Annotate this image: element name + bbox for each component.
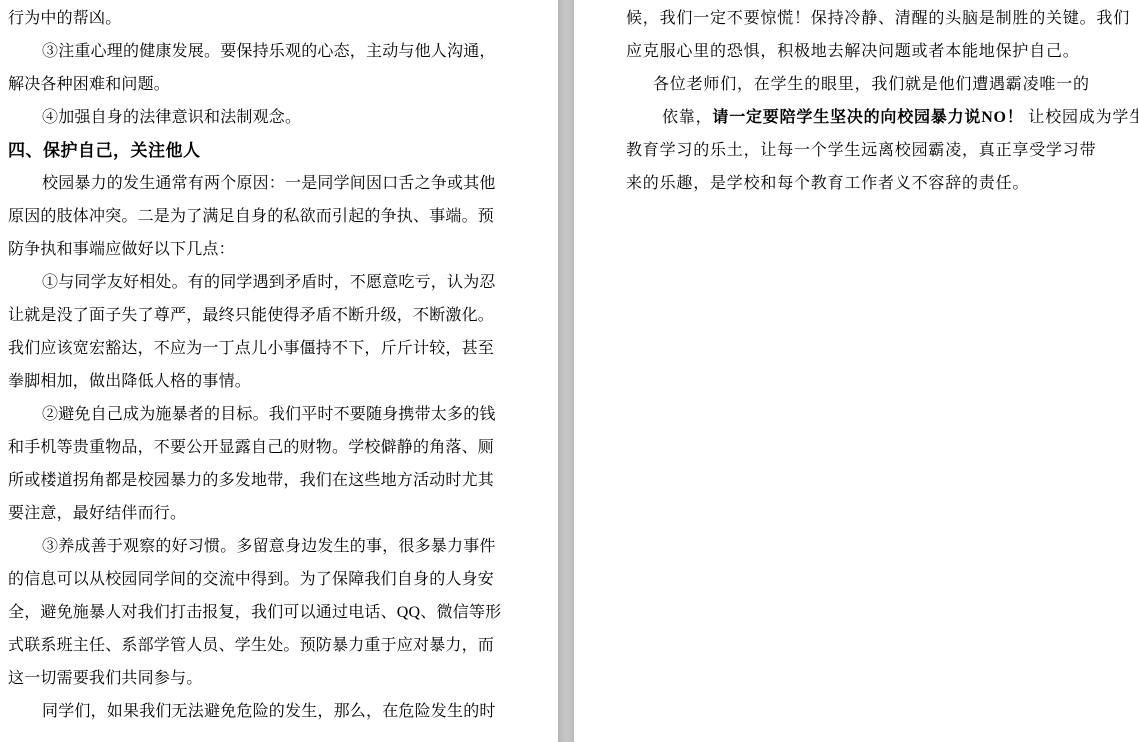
text-run: 候，我们一定不要惊慌！保持冷静、清醒的头脑是制胜的关键。我们: [626, 10, 1130, 27]
text-run: ③养成善于观察的好习惯。多留意身边发生的事，很多暴力事件: [42, 538, 496, 555]
section-heading: 四、保护自己，关注他人: [8, 134, 468, 167]
text-line: ②避免自己成为施暴者的目标。我们平时不要随身携带太多的钱: [8, 398, 468, 431]
text-line: 式联系班主任、系部学管人员、学生处。预防暴力重于应对暴力，而: [8, 629, 468, 662]
text-run: 让校园成为学生: [1024, 109, 1138, 126]
text-run: 教育学习的乐土，让每一个学生远离校园霸凌，真正享受学习带: [626, 142, 1096, 159]
text-line: 拳脚相加，做出降低人格的事情。: [8, 365, 468, 398]
text-line: 各位老师们，在学生的眼里，我们就是他们遭遇霸凌唯一的: [626, 68, 1136, 101]
text-run: ①与同学友好相处。有的同学遇到矛盾时，不愿意吃亏，认为忍: [42, 274, 496, 291]
text-run: 要注意，最好结伴而行。: [8, 505, 186, 522]
text-line: 所或楼道拐角都是校园暴力的多发地带，我们在这些地方活动时尤其: [8, 464, 468, 497]
text-run: 应克服心里的恐惧，积极地去解决问题或者本能地保护自己。: [626, 43, 1080, 60]
text-line: 校园暴力的发生通常有两个原因：一是同学间因口舌之争或其他: [8, 167, 468, 200]
text-line: 行为中的帮凶。: [8, 2, 468, 35]
text-line: 要注意，最好结伴而行。: [8, 497, 468, 530]
text-line: 的信息可以从校园同学间的交流中得到。为了保障我们自身的人身安: [8, 563, 468, 596]
text-run: 让就是没了面子失了尊严，最终只能使得矛盾不断升级，不断激化。: [8, 307, 494, 324]
text-run: 我们应该宽宏豁达，不应为一丁点儿小事僵持不下，斤斤计较，甚至: [8, 340, 494, 357]
right-page[interactable]: 候，我们一定不要惊慌！保持冷静、清醒的头脑是制胜的关键。我们应克服心里的恐惧，积…: [574, 0, 1138, 742]
text-run: 和手机等贵重物品，不要公开显露自己的财物。学校僻静的角落、厕: [8, 439, 494, 456]
text-run: ④加强自身的法律意识和法制观念。: [42, 109, 301, 126]
document-viewer: 行为中的帮凶。③注重心理的健康发展。要保持乐观的心态，主动与他人沟通，解决各种困…: [0, 0, 1138, 742]
text-run: 防争执和事端应做好以下几点：: [8, 241, 235, 258]
text-line: 让就是没了面子失了尊严，最终只能使得矛盾不断升级，不断激化。: [8, 299, 468, 332]
text-run: 来的乐趣，是学校和每个教育工作者义不容辞的责任。: [626, 175, 1029, 192]
text-line: 候，我们一定不要惊慌！保持冷静、清醒的头脑是制胜的关键。我们: [626, 2, 1136, 35]
left-page-text-column: 行为中的帮凶。③注重心理的健康发展。要保持乐观的心态，主动与他人沟通，解决各种困…: [8, 2, 468, 728]
left-page[interactable]: 行为中的帮凶。③注重心理的健康发展。要保持乐观的心态，主动与他人沟通，解决各种困…: [0, 0, 558, 742]
text-line: 这一切需要我们共同参与。: [8, 662, 468, 695]
text-run: 式联系班主任、系部学管人员、学生处。预防暴力重于应对暴力，而: [8, 637, 494, 654]
text-run: ②避免自己成为施暴者的目标。我们平时不要随身携带太多的钱: [42, 406, 496, 423]
text-line: 解决各种困难和问题。: [8, 68, 468, 101]
text-run: 所或楼道拐角都是校园暴力的多发地带，我们在这些地方活动时尤其: [8, 472, 494, 489]
text-run: 行为中的帮凶。: [8, 10, 121, 27]
text-run: 拳脚相加，做出降低人格的事情。: [8, 373, 251, 390]
text-run: ③注重心理的健康发展。要保持乐观的心态，主动与他人沟通，: [42, 43, 496, 60]
text-run: 依靠，: [662, 109, 712, 126]
text-line: 原因的肢体冲突。二是为了满足自身的私欲而引起的争执、事端。预: [8, 200, 468, 233]
text-line: 应克服心里的恐惧，积极地去解决问题或者本能地保护自己。: [626, 35, 1136, 68]
text-run: 这一切需要我们共同参与。: [8, 670, 202, 687]
bold-text-run: 请一定要陪学生坚决的向校园暴力说NO！: [712, 109, 1023, 126]
text-run: 各位老师们，在学生的眼里，我们就是他们遭遇霸凌唯一的: [653, 76, 1090, 93]
text-run: 同学们，如果我们无法避免危险的发生，那么，在危险发生的时: [42, 703, 496, 720]
text-line: 依靠，请一定要陪学生坚决的向校园暴力说NO！ 让校园成为学生: [626, 101, 1136, 134]
text-run: 四、保护自己，关注他人: [8, 141, 201, 160]
text-run: 解决各种困难和问题。: [8, 76, 170, 93]
text-run: 全，避免施暴人对我们打击报复，我们可以通过电话、QQ、微信等形: [8, 604, 501, 621]
text-line: 同学们，如果我们无法避免危险的发生，那么，在危险发生的时: [8, 695, 468, 728]
text-line: 防争执和事端应做好以下几点：: [8, 233, 468, 266]
text-line: 教育学习的乐土，让每一个学生远离校园霸凌，真正享受学习带: [626, 134, 1136, 167]
text-line: 和手机等贵重物品，不要公开显露自己的财物。学校僻静的角落、厕: [8, 431, 468, 464]
text-line: ①与同学友好相处。有的同学遇到矛盾时，不愿意吃亏，认为忍: [8, 266, 468, 299]
text-run: 校园暴力的发生通常有两个原因：一是同学间因口舌之争或其他: [42, 175, 496, 192]
text-line: ④加强自身的法律意识和法制观念。: [8, 101, 468, 134]
text-line: 全，避免施暴人对我们打击报复，我们可以通过电话、QQ、微信等形: [8, 596, 468, 629]
page-gap-divider: [558, 0, 574, 742]
text-line: ③注重心理的健康发展。要保持乐观的心态，主动与他人沟通，: [8, 35, 468, 68]
text-line: ③养成善于观察的好习惯。多留意身边发生的事，很多暴力事件: [8, 530, 468, 563]
text-run: 原因的肢体冲突。二是为了满足自身的私欲而引起的争执、事端。预: [8, 208, 494, 225]
text-run: 的信息可以从校园同学间的交流中得到。为了保障我们自身的人身安: [8, 571, 494, 588]
text-line: 来的乐趣，是学校和每个教育工作者义不容辞的责任。: [626, 167, 1136, 200]
text-line: 我们应该宽宏豁达，不应为一丁点儿小事僵持不下，斤斤计较，甚至: [8, 332, 468, 365]
right-page-text-column: 候，我们一定不要惊慌！保持冷静、清醒的头脑是制胜的关键。我们应克服心里的恐惧，积…: [626, 2, 1136, 200]
